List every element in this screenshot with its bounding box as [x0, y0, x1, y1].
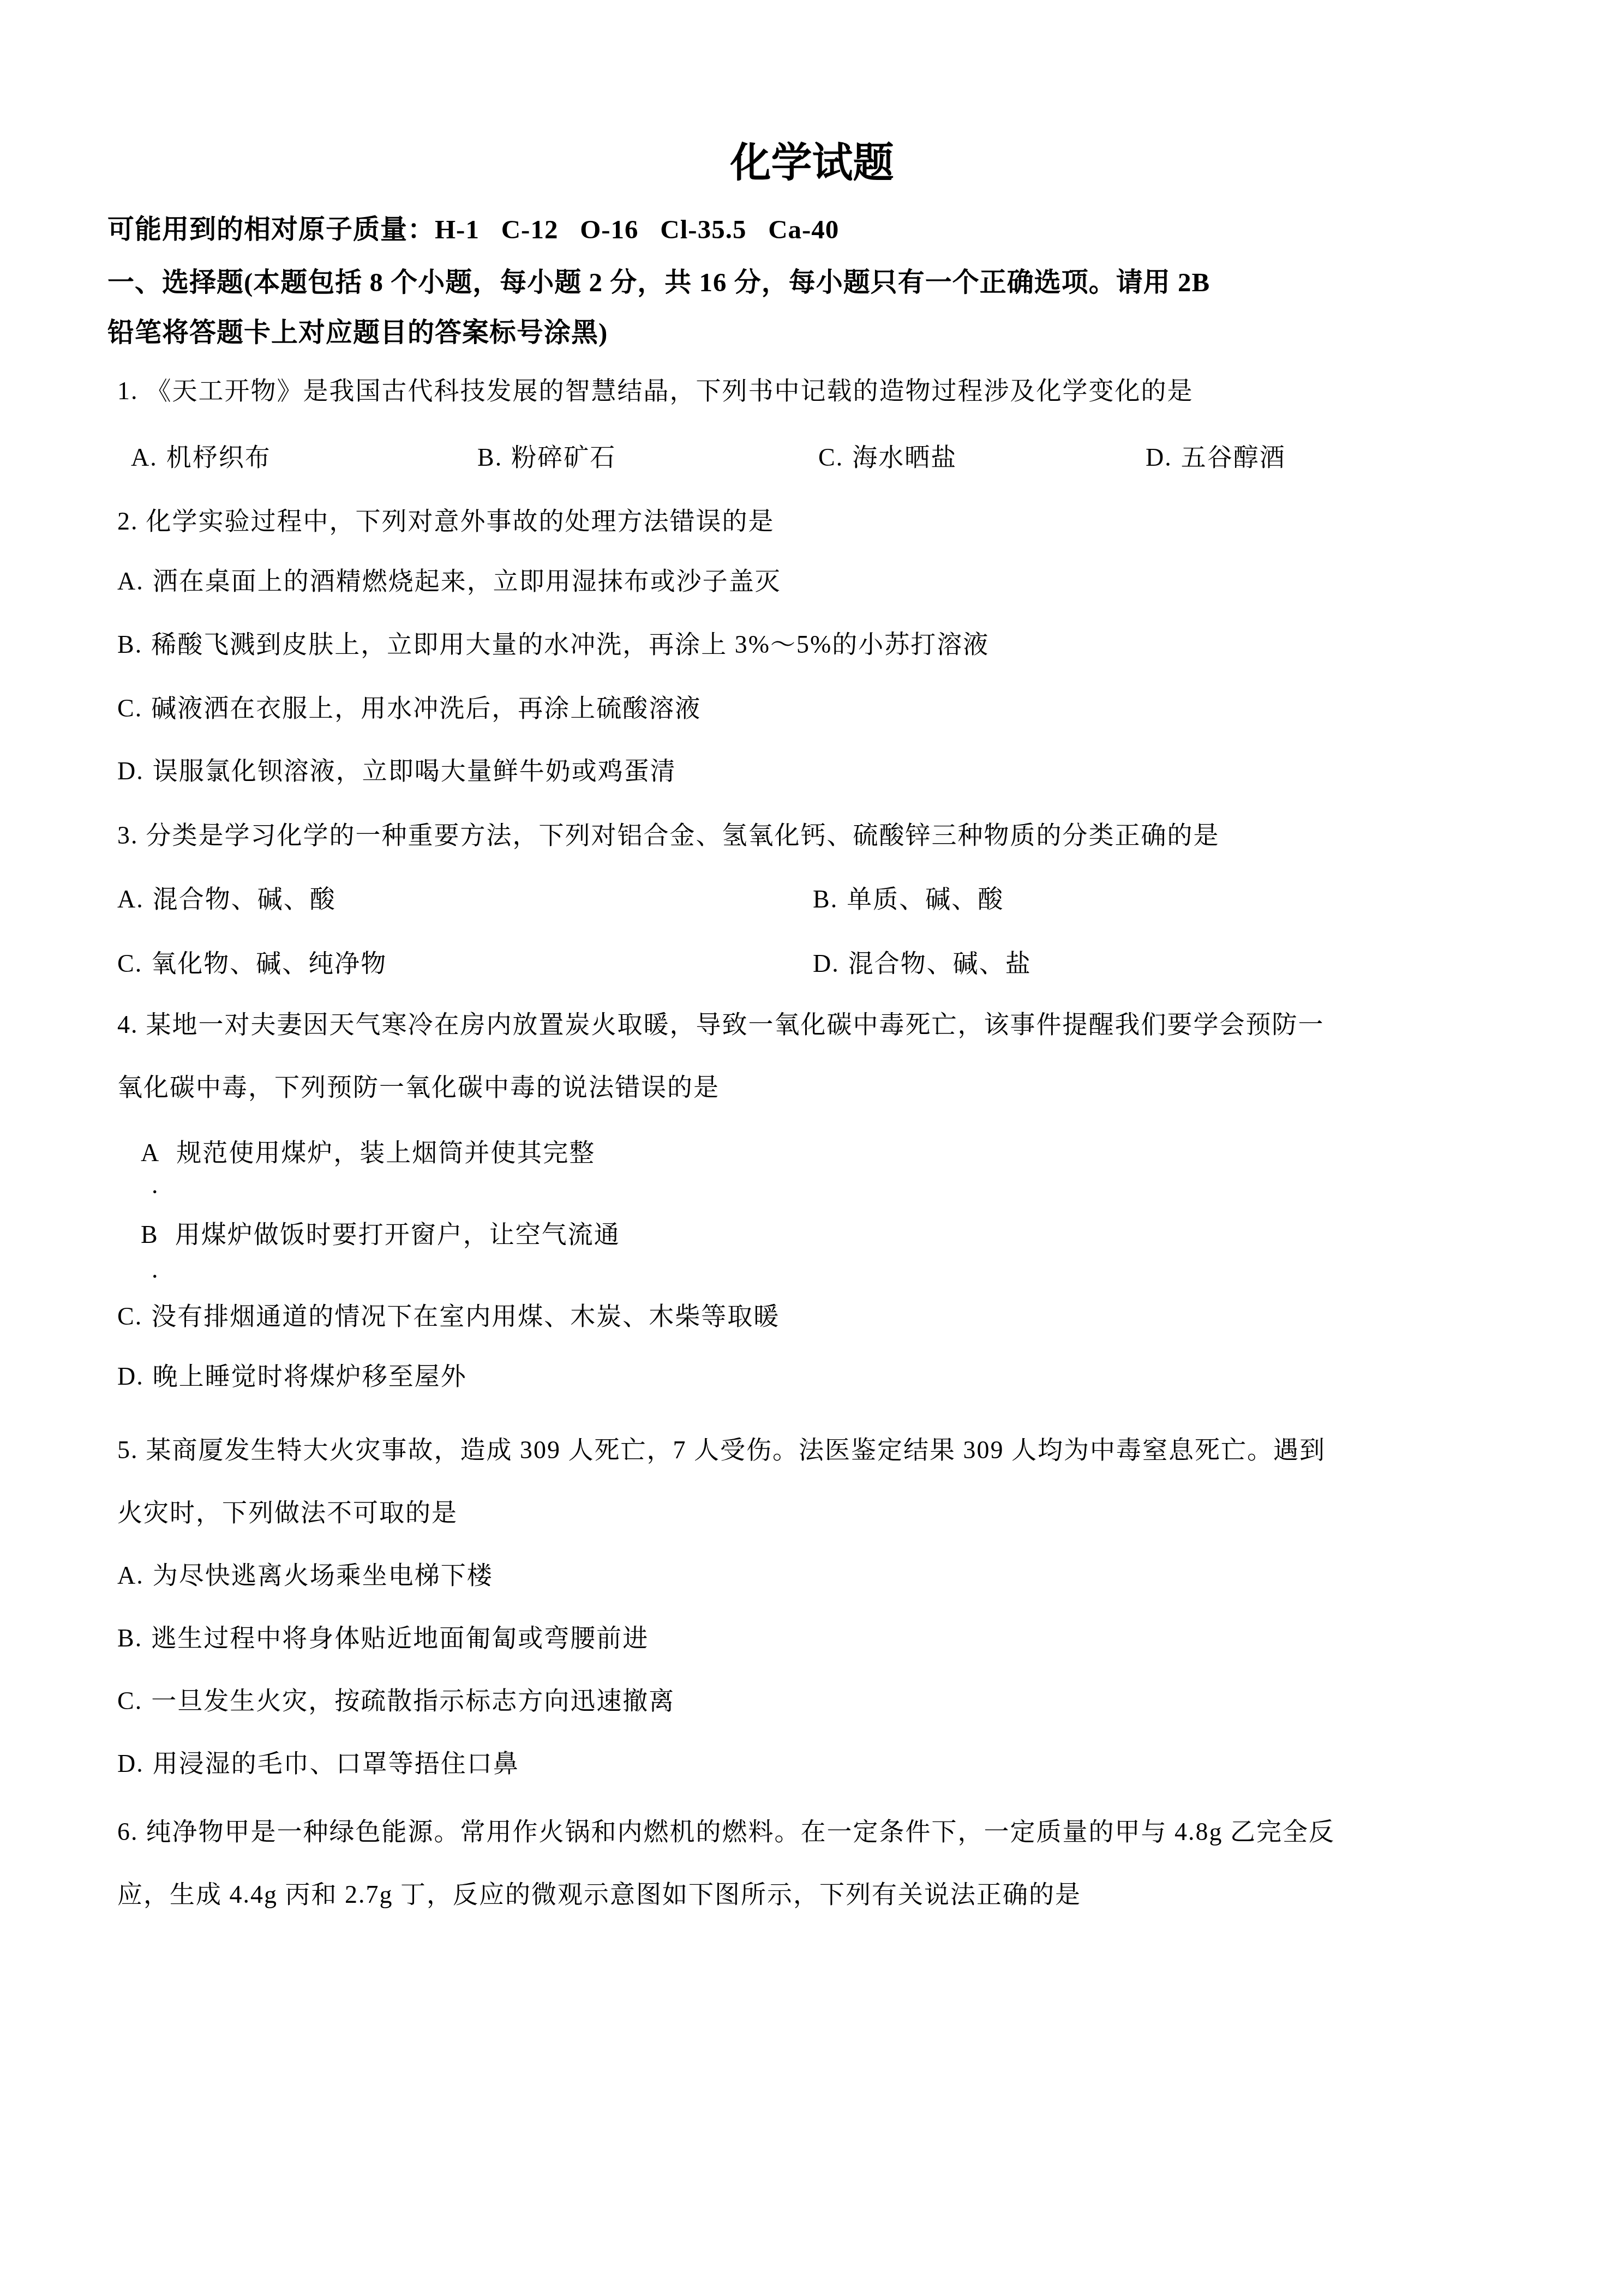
- question-1-option-b-label: B.: [477, 443, 502, 471]
- question-1-option-d-label: D.: [1146, 443, 1172, 471]
- question-2-option-d-text: 误服氯化钡溶液，立即喝大量鲜牛奶或鸡蛋清: [153, 757, 676, 785]
- question-4-text-line-1: 某地一对夫妻因天气寒冷在房内放置炭火取暖，导致一氧化碳中毒死亡，该事件提醒我们要…: [146, 1011, 1325, 1038]
- question-4-option-c-text: 没有排烟通道的情况下在室内用煤、木炭、木柴等取暖: [151, 1302, 780, 1330]
- question-5-option-b-label: B.: [117, 1624, 142, 1652]
- question-4-option-a: A规范使用煤炉，装上烟筒并使其完整: [141, 1137, 595, 1169]
- question-5-text-line-1: 某商厦发生特大火灾事故，造成 309 人死亡，7 人受伤。法医鉴定结果 309 …: [146, 1436, 1326, 1464]
- question-1-number: 1.: [117, 377, 139, 405]
- question-4-option-a-label: A: [141, 1139, 160, 1167]
- question-4-option-d-text: 晚上睡觉时将煤炉移至屋外: [153, 1362, 467, 1390]
- section-intro-line-1: 一、选择题(本题包括 8 个小题，每小题 2 分，共 16 分，每小题只有一个正…: [107, 266, 1210, 299]
- question-2-option-a-text: 洒在桌面上的酒精燃烧起来，立即用湿抹布或沙子盖灭: [153, 567, 781, 595]
- question-3-text: 分类是学习化学的一种重要方法，下列对铝合金、氢氧化钙、硫酸锌三种物质的分类正确的…: [146, 821, 1220, 849]
- question-1-option-d-text: 五谷醇酒: [1181, 443, 1286, 471]
- stray-period-after-option-b: .: [152, 1257, 159, 1282]
- question-6-text-line-1: 纯净物甲是一种绿色能源。常用作火锅和内燃机的燃料。在一定条件下，一定质量的甲与 …: [146, 1818, 1335, 1846]
- question-1-option-a: A.机杼织布: [131, 442, 271, 473]
- question-4-option-b: B用煤炉做饭时要打开窗户，让空气流通: [141, 1219, 620, 1251]
- question-5-option-d-text: 用浸湿的毛巾、口罩等捂住口鼻: [153, 1750, 519, 1777]
- question-5-stem-line-1: 5.某商厦发生特大火灾事故，造成 309 人死亡，7 人受伤。法医鉴定结果 30…: [117, 1434, 1326, 1466]
- question-6-stem-line-1: 6.纯净物甲是一种绿色能源。常用作火锅和内燃机的燃料。在一定条件下，一定质量的甲…: [117, 1816, 1335, 1848]
- question-1-option-b: B.粉碎矿石: [477, 442, 616, 473]
- question-2-option-a-label: A.: [117, 567, 144, 595]
- question-5-option-a-label: A.: [117, 1561, 144, 1589]
- question-6-stem-line-2: 应，生成 4.4g 丙和 2.7g 丁，反应的微观示意图如下图所示，下列有关说法…: [117, 1879, 1081, 1910]
- question-5-number: 5.: [117, 1436, 139, 1464]
- question-5-option-a-text: 为尽快逃离火场乘坐电梯下楼: [153, 1561, 493, 1589]
- question-5-option-c-text: 一旦发生火灾，按疏散指示标志方向迅速撤离: [151, 1687, 675, 1715]
- question-1-text: 《天工开物》是我国古代科技发展的智慧结晶，下列书中记载的造物过程涉及化学变化的是: [146, 377, 1194, 405]
- question-3-option-a-label: A.: [117, 885, 144, 913]
- question-3-option-b-label: B.: [813, 885, 838, 913]
- question-6-number: 6.: [117, 1818, 139, 1846]
- question-3-option-a: A.混合物、碱、酸: [117, 883, 336, 915]
- question-4-option-b-label: B: [141, 1221, 159, 1248]
- question-2-option-a: A.洒在桌面上的酒精燃烧起来，立即用湿抹布或沙子盖灭: [117, 566, 781, 597]
- question-3-option-b: B.单质、碱、酸: [813, 883, 1004, 915]
- question-1-option-c-text: 海水晒盐: [852, 443, 957, 471]
- question-3-stem: 3.分类是学习化学的一种重要方法，下列对铝合金、氢氧化钙、硫酸锌三种物质的分类正…: [117, 820, 1220, 851]
- question-1-stem: 1.《天工开物》是我国古代科技发展的智慧结晶，下列书中记载的造物过程涉及化学变化…: [117, 375, 1194, 407]
- question-1-option-c: C.海水晒盐: [818, 442, 957, 473]
- question-3-option-d-label: D.: [813, 949, 840, 977]
- question-3-option-a-text: 混合物、碱、酸: [153, 885, 336, 913]
- question-5-option-c-label: C.: [117, 1687, 142, 1715]
- question-2-option-d-label: D.: [117, 757, 144, 785]
- question-5-option-b-text: 逃生过程中将身体贴近地面匍匐或弯腰前进: [151, 1624, 649, 1652]
- atomic-mass-note: 可能用到的相对原子质量：H-1 C-12 O-16 Cl-35.5 Ca-40: [107, 213, 839, 247]
- question-3-number: 3.: [117, 821, 139, 849]
- question-3-option-c-label: C.: [117, 949, 142, 977]
- question-4-number: 4.: [117, 1011, 139, 1038]
- question-3-option-c: C.氧化物、碱、纯净物: [117, 948, 387, 979]
- page-title: 化学试题: [0, 138, 1624, 189]
- question-4-stem-line-1: 4.某地一对夫妻因天气寒冷在房内放置炭火取暖，导致一氧化碳中毒死亡，该事件提醒我…: [117, 1009, 1325, 1041]
- question-2-option-b-text: 稀酸飞溅到皮肤上，立即用大量的水冲洗，再涂上 3%～5%的小苏打溶液: [151, 630, 989, 658]
- question-3-option-d-text: 混合物、碱、盐: [848, 949, 1032, 977]
- question-4-stem-line-2: 氧化碳中毒，下列预防一氧化碳中毒的说法错误的是: [117, 1072, 720, 1103]
- question-1-option-a-text: 机杼织布: [166, 443, 271, 471]
- question-3-option-d: D.混合物、碱、盐: [813, 948, 1032, 979]
- question-5-stem-line-2: 火灾时，下列做法不可取的是: [117, 1497, 458, 1529]
- question-2-number: 2.: [117, 507, 139, 535]
- exam-paper-page: 化学试题 可能用到的相对原子质量：H-1 C-12 O-16 Cl-35.5 C…: [0, 0, 1624, 2296]
- question-3-option-c-text: 氧化物、碱、纯净物: [151, 949, 387, 977]
- question-2-option-c-text: 碱液洒在衣服上，用水冲洗后，再涂上硫酸溶液: [151, 694, 701, 722]
- question-5-option-d: D.用浸湿的毛巾、口罩等捂住口鼻: [117, 1748, 519, 1780]
- question-2-option-d: D.误服氯化钡溶液，立即喝大量鲜牛奶或鸡蛋清: [117, 755, 676, 787]
- question-2-option-b: B.稀酸飞溅到皮肤上，立即用大量的水冲洗，再涂上 3%～5%的小苏打溶液: [117, 629, 989, 660]
- question-3-option-b-text: 单质、碱、酸: [847, 885, 1004, 913]
- question-1-option-b-text: 粉碎矿石: [511, 443, 616, 471]
- question-4-option-d-label: D.: [117, 1362, 144, 1390]
- question-4-option-c-label: C.: [117, 1302, 142, 1330]
- question-4-option-c: C.没有排烟通道的情况下在室内用煤、木炭、木柴等取暖: [117, 1301, 780, 1332]
- question-4-option-d: D.晚上睡觉时将煤炉移至屋外: [117, 1361, 467, 1392]
- question-5-option-a: A.为尽快逃离火场乘坐电梯下楼: [117, 1560, 493, 1591]
- question-1-option-d: D.五谷醇酒: [1146, 442, 1286, 473]
- section-intro-line-2: 铅笔将答题卡上对应题目的答案标号涂黑): [107, 316, 608, 350]
- question-1-option-a-label: A.: [131, 443, 158, 471]
- question-4-option-a-text: 规范使用煤炉，装上烟筒并使其完整: [176, 1139, 595, 1167]
- question-5-option-b: B.逃生过程中将身体贴近地面匍匐或弯腰前进: [117, 1622, 649, 1654]
- question-2-option-b-label: B.: [117, 630, 142, 658]
- question-1-option-c-label: C.: [818, 443, 843, 471]
- question-2-option-c: C.碱液洒在衣服上，用水冲洗后，再涂上硫酸溶液: [117, 693, 701, 724]
- question-5-option-c: C.一旦发生火灾，按疏散指示标志方向迅速撤离: [117, 1685, 675, 1717]
- question-2-option-c-label: C.: [117, 694, 142, 722]
- question-5-option-d-label: D.: [117, 1750, 144, 1777]
- question-4-option-b-text: 用煤炉做饭时要打开窗户，让空气流通: [175, 1221, 620, 1248]
- question-2-stem: 2.化学实验过程中，下列对意外事故的处理方法错误的是: [117, 506, 775, 537]
- question-2-text: 化学实验过程中，下列对意外事故的处理方法错误的是: [146, 507, 775, 535]
- stray-period-after-option-a: .: [152, 1173, 159, 1198]
